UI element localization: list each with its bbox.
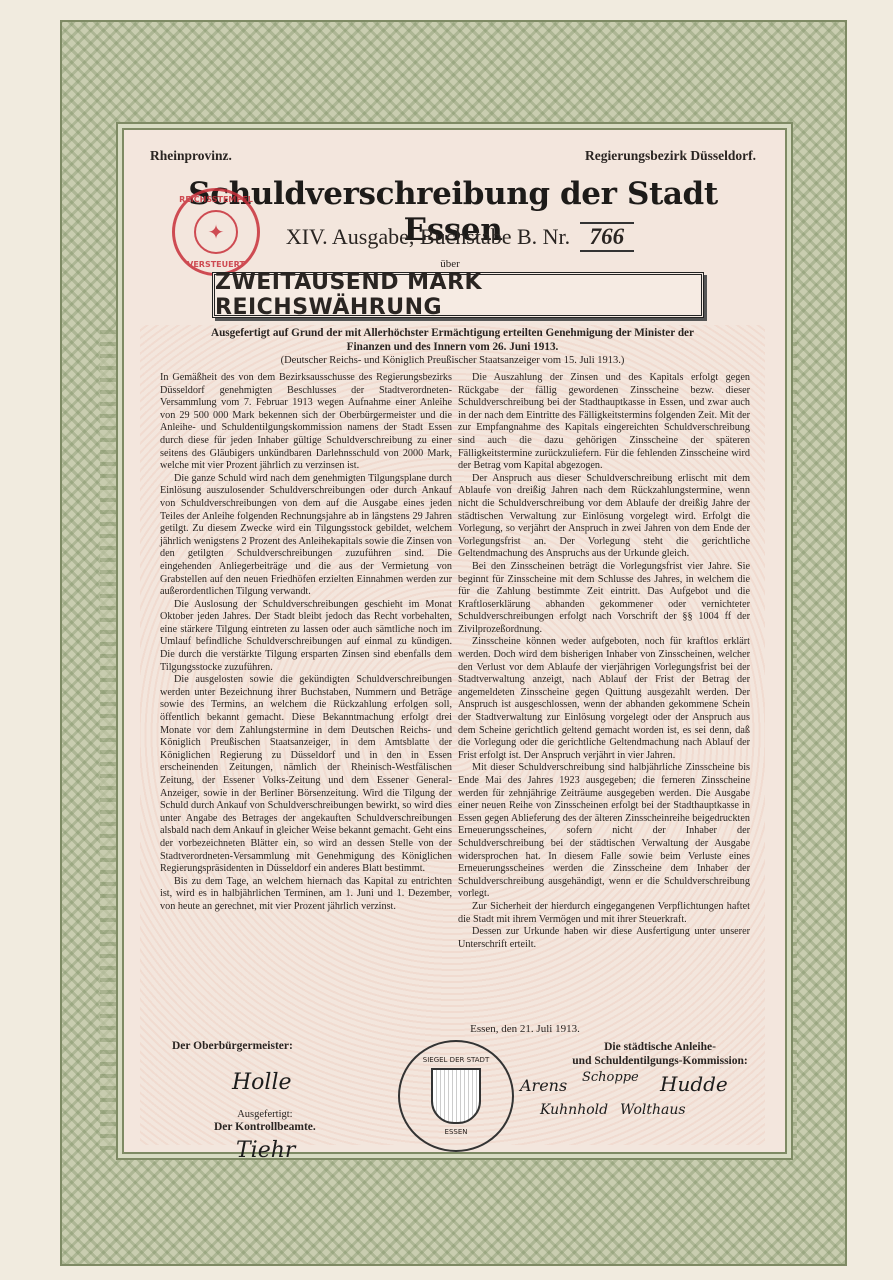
header-province: Rheinprovinz. [150,148,232,164]
place-date: Essen, den 21. Juli 1913. [455,1023,595,1035]
paragraph: Die ganze Schuld wird nach dem genehmigt… [160,473,452,599]
paragraph: Die Auszahlung der Zinsen und des Kapita… [458,372,750,473]
commission-signature-2: Schoppe [582,1070,639,1085]
coat-of-arms-icon [431,1068,481,1124]
paragraph: Die ausgelosten sowie die gekündigten Sc… [160,674,452,876]
paragraph: In Gemäßheit des von dem Bezirksausschus… [160,372,452,473]
intro-line-2: Finanzen und des Innern vom 26. Juni 191… [150,340,755,354]
certificate-number: 766 [580,222,635,252]
commission-title-line-2: und Schuldentilgungs-Kommission: [560,1054,760,1068]
ueber-label: über [140,258,760,270]
control-label-2: Der Kontrollbeamte. [214,1121,316,1133]
paragraph: Der Anspruch aus dieser Schuldverschreib… [458,473,750,561]
control-label-1: Ausgefertigt: [214,1108,316,1121]
terms-right-column: Die Auszahlung der Zinsen und des Kapita… [458,372,750,951]
paragraph: Mit dieser Schuldverschreibung sind halb… [458,762,750,901]
control-officer: Ausgefertigt: Der Kontrollbeamte. [214,1108,316,1134]
mayor-title: Der Oberbürgermeister: [172,1040,293,1052]
paragraph: Zur Sicherheit der hierdurch eingegangen… [458,901,750,926]
certificate-paper: Rheinprovinz. Regierungsbezirk Düsseldor… [0,0,893,1280]
commission-signature-4: Kuhnhold [540,1102,608,1118]
intro-line-3: (Deutscher Reichs- und Königlich Preußis… [150,354,755,368]
seal-bottom-text: ESSEN [445,1128,468,1136]
city-seal: SIEGEL DER STADT ESSEN [398,1040,514,1152]
paragraph: Bei den Zinsscheinen beträgt die Vorlegu… [458,561,750,637]
paragraph: Bis zu dem Tage, an welchem hiernach das… [160,876,452,914]
paragraph: Die Auslosung der Schuldverschreibungen … [160,599,452,675]
issue-text: XIV. Ausgabe, Buchstabe B. [286,224,537,249]
commission-signature-3: Hudde [660,1072,728,1096]
paragraph: Zinsscheine können weder aufgeboten, noc… [458,636,750,762]
amount-box: ZWEITAUSEND MARK REICHSWÄHRUNG [212,272,704,318]
mayor-signature: Holle [232,1070,292,1095]
commission-title: Die städtische Anleihe- und Schuldentilg… [560,1040,760,1068]
commission-signature-1: Arens [520,1076,567,1095]
seal-top-text: SIEGEL DER STADT [423,1056,489,1064]
commission-title-line-1: Die städtische Anleihe- [560,1040,760,1054]
authorization-text: Ausgefertigt auf Grund der mit Allerhöch… [150,326,755,368]
control-signature: Tiehr [236,1138,295,1163]
paragraph: Dessen zur Urkunde haben wir diese Ausfe… [458,926,750,951]
header-district: Regierungsbezirk Düsseldorf. [540,148,756,164]
issue-line: XIV. Ausgabe, Buchstabe B. Nr. 766 [140,222,780,252]
number-label: Nr. [543,224,571,249]
terms-left-column: In Gemäßheit des von dem Bezirksausschus… [160,372,452,914]
stamp-top-text: REICHSSTEMPEL [175,195,257,204]
commission-signature-5: Wolthaus [620,1102,686,1118]
amount-text: ZWEITAUSEND MARK REICHSWÄHRUNG [215,270,701,320]
intro-line-1: Ausgefertigt auf Grund der mit Allerhöch… [150,326,755,340]
